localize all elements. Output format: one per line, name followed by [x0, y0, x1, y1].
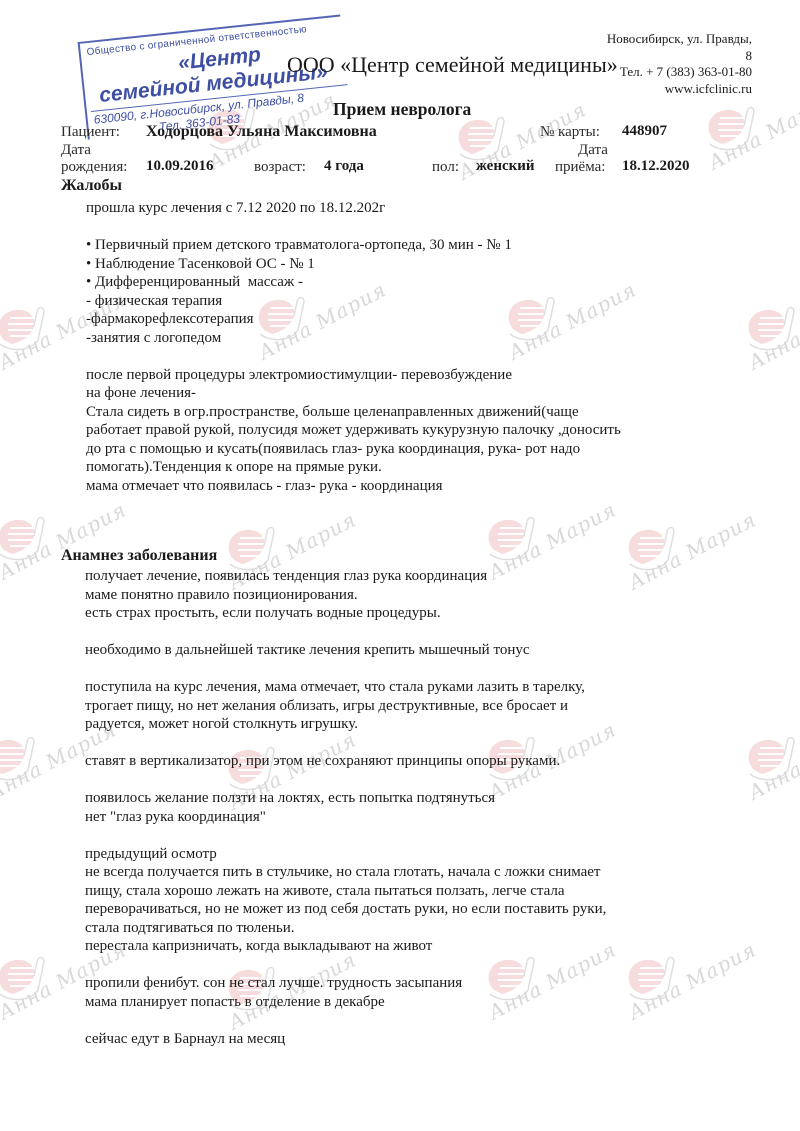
age-label: возраст: [254, 159, 306, 176]
dob-label-2: рождения: [61, 159, 127, 176]
anamnesis-line: необходимо в дальнейшей тактике лечения … [85, 641, 606, 660]
medical-document-page: Анна МарияАнна МарияАнна МарияАнна Мария… [0, 0, 800, 1131]
anamnesis-line [85, 660, 606, 679]
watermark-text: Анна Мария [624, 937, 760, 1024]
complaints-line: -фармакорефлексотерапия [86, 310, 621, 329]
clinic-contacts: Новосибирск, ул. Правды, 8 Тел. + 7 (383… [607, 31, 752, 97]
anamnesis-line [85, 771, 606, 790]
age-value: 4 года [324, 158, 364, 175]
complaints-line: помогать).Тенденция к опоре на прямые ру… [86, 458, 621, 477]
complaints-line: на фоне лечения- [86, 384, 621, 403]
anamnesis-line: есть страх простыть, если получать водны… [85, 604, 606, 623]
anamnesis-line: маме понятно правило позиционирования. [85, 586, 606, 605]
address-line-1: Новосибирск, ул. Правды, [607, 31, 752, 48]
dob-value: 10.09.2016 [146, 158, 214, 175]
anamnesis-heading: Анамнез заболевания [61, 547, 217, 565]
complaints-text: прошла курс лечения с 7.12 2020 по 18.12… [86, 199, 621, 495]
watermark-logo: Анна Мария [620, 950, 740, 1060]
hand-heart-icon [0, 300, 50, 360]
phone: Тел. + 7 (383) 363-01-80 [607, 64, 752, 81]
anamnesis-line: не всегда получается пить в стульчике, н… [85, 863, 606, 882]
visit-date-label-1: Дата [578, 142, 608, 159]
watermark-logo: Анна Мария [620, 520, 740, 630]
anamnesis-line: сейчас едут в Барнаул на месяц [85, 1030, 606, 1049]
sex-label: пол: [432, 159, 459, 176]
hand-heart-icon [620, 520, 680, 580]
watermark-text: Анна Мария [624, 507, 760, 594]
anamnesis-line: радуется, может ногой столкнуть игрушку. [85, 715, 606, 734]
complaints-line: • Дифференцированный массаж - [86, 273, 621, 292]
anamnesis-line: пищу, стала хорошо лежать на животе, ста… [85, 882, 606, 901]
complaints-line: • Первичный прием детского травматолога-… [86, 236, 621, 255]
anamnesis-line [85, 734, 606, 753]
visit-date-label-2: приёма: [555, 159, 605, 176]
hand-heart-icon [0, 730, 40, 790]
complaints-line: работает правой рукой, полусидя может уд… [86, 421, 621, 440]
document-title: Прием невролога [333, 99, 471, 120]
complaints-line: Стала сидеть в огр.пространстве, больше … [86, 403, 621, 422]
sex-value: женский [476, 158, 535, 175]
anamnesis-line: поступила на курс лечения, мама отмечает… [85, 678, 606, 697]
visit-date-value: 18.12.2020 [622, 158, 690, 175]
card-number: 448907 [622, 123, 667, 140]
complaints-line: до рта с помощью и кусать(появилась глаз… [86, 440, 621, 459]
anamnesis-line [85, 826, 606, 845]
anamnesis-line: пропили фенибут. сон не стал лучше. труд… [85, 974, 606, 993]
hand-heart-icon [0, 950, 50, 1010]
watermark-text: Анна Мария [744, 287, 800, 374]
anamnesis-line [85, 956, 606, 975]
complaints-line: после первой процедуры электромиостимулц… [86, 366, 621, 385]
patient-label: Пациент: [61, 124, 120, 141]
watermark-logo: Анна Мария [740, 730, 800, 840]
anamnesis-line: перестала капризничать, когда выкладываю… [85, 937, 606, 956]
website: www.icfclinic.ru [607, 81, 752, 98]
complaints-line: -занятия с логопедом [86, 329, 621, 348]
watermark-text: Анна Мария [744, 717, 800, 804]
anamnesis-line: переворачиваться, но не может из под себ… [85, 900, 606, 919]
anamnesis-line [85, 1011, 606, 1030]
anamnesis-line: трогает пищу, но нет желания облизать, и… [85, 697, 606, 716]
anamnesis-line: получает лечение, появилась тенденция гл… [85, 567, 606, 586]
hand-heart-icon [740, 730, 800, 790]
complaints-line [86, 218, 621, 237]
complaints-line: мама отмечает что появилась - глаз- рука… [86, 477, 621, 496]
anamnesis-line: нет "глаз рука координация" [85, 808, 606, 827]
watermark-logo: Анна Мария [740, 300, 800, 410]
anamnesis-line: появилось желание ползти на локтях, есть… [85, 789, 606, 808]
complaints-line: - физическая терапия [86, 292, 621, 311]
complaints-line: прошла курс лечения с 7.12 2020 по 18.12… [86, 199, 621, 218]
hand-heart-icon [700, 100, 760, 160]
anamnesis-line: ставят в вертикализатор, при этом не сох… [85, 752, 606, 771]
hand-heart-icon [740, 300, 800, 360]
complaints-heading: Жалобы [61, 177, 122, 195]
address-line-2: 8 [607, 48, 752, 65]
hand-heart-icon [480, 510, 540, 570]
hand-heart-icon [620, 950, 680, 1010]
anamnesis-line: предыдущий осмотр [85, 845, 606, 864]
watermark-text: Анна Мария [704, 87, 800, 174]
watermark-logo: Анна Мария [700, 100, 800, 210]
dob-label-1: Дата [61, 142, 91, 159]
hand-heart-icon [0, 510, 50, 570]
complaints-line [86, 347, 621, 366]
org-name: ООО «Центр семейной медицины» [287, 52, 618, 78]
card-label: № карты: [540, 124, 600, 141]
anamnesis-line [85, 623, 606, 642]
anamnesis-line: мама планирует попасть в отделение в дек… [85, 993, 606, 1012]
anamnesis-text: получает лечение, появилась тенденция гл… [85, 567, 606, 1048]
anamnesis-line: стала подтягиваться по тюленьи. [85, 919, 606, 938]
complaints-line: • Наблюдение Тасенковой ОС - № 1 [86, 255, 621, 274]
patient-name: Ходорцова Ульяна Максимовна [146, 123, 377, 141]
